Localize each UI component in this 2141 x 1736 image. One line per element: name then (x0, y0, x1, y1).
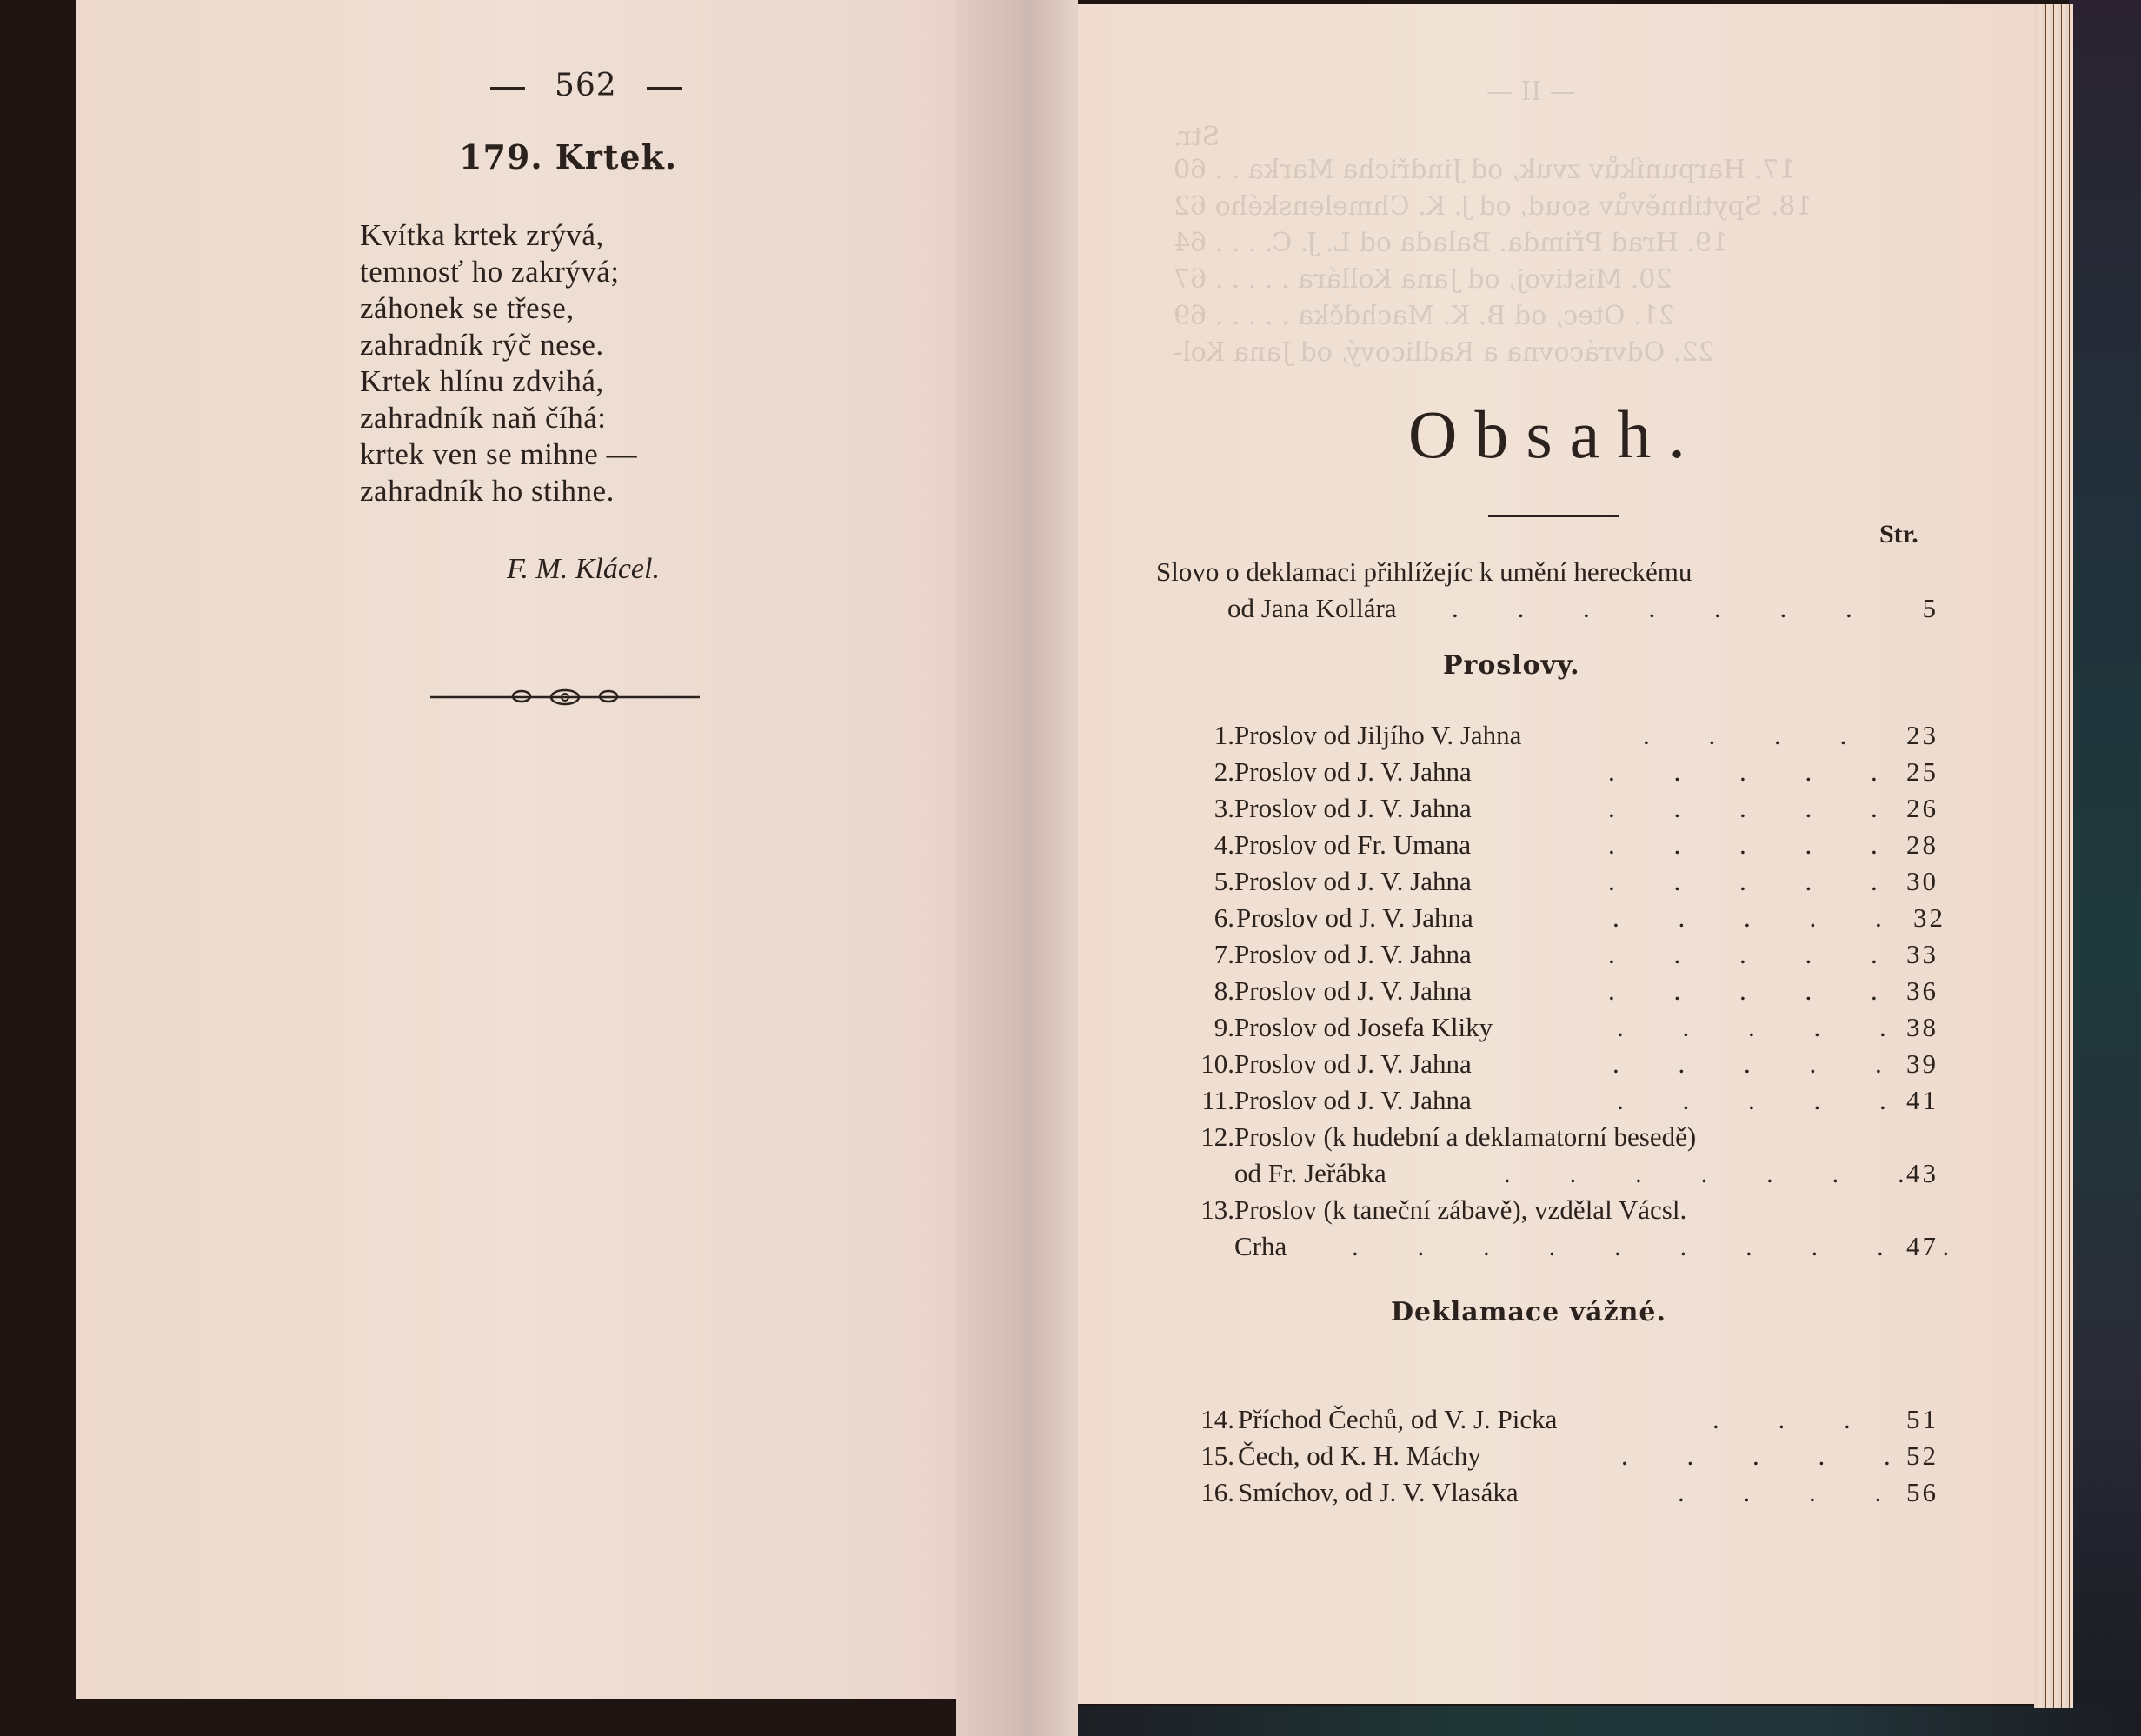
toc-page: 32 (1913, 902, 1945, 934)
poem-line: zahradník naň číhá: (360, 400, 637, 436)
toc-entry: 7. Proslov od J. V. Jahna . . . . . 33 (1156, 939, 1938, 975)
toc-text: Čech, od K. H. Máchy (1238, 1440, 1481, 1472)
toc-num: 11. (1201, 1085, 1234, 1116)
toc-text: Proslov od J. V. Jahna (1236, 902, 1473, 934)
toc-num: 1. (1214, 720, 1234, 751)
toc-num: 2. (1214, 756, 1234, 788)
toc-entry: 6. Proslov od J. V. Jahna . . . . . 32 (1156, 902, 1938, 939)
toc-page: 38 (1906, 1012, 1938, 1043)
toc-page: 39 (1906, 1048, 1938, 1080)
poem-line: Kvítka krtek zrývá, (360, 217, 637, 254)
toc-intro-text2: od Jana Kollára (1227, 593, 1397, 624)
toc-text: Proslov od Jiljího V. Jahna (1234, 720, 1521, 751)
leader-dots: . . . . . (1617, 1012, 1912, 1043)
leader-dots: . . . . . (1608, 793, 1904, 824)
bleed-through-line: 22. Odvrácovna a Radlicový, od Jana Kol- (1174, 337, 1714, 368)
toc-text: Crha (1234, 1231, 1287, 1262)
toc-text: od Fr. Jeřábka (1234, 1158, 1386, 1189)
bleed-through-line: 20. Mistivoj, od Jana Kollára . . . . . … (1174, 264, 1672, 295)
toc-num: 10. (1200, 1048, 1234, 1080)
toc-page: 30 (1906, 866, 1938, 897)
leader-dots: . . . . . (1608, 975, 1904, 1007)
toc-entry: 4. Proslov od Fr. Umana . . . . . 28 (1156, 829, 1938, 866)
toc-page: 33 (1906, 939, 1938, 970)
bleed-through-line: 17. Harpuníkův zvuk, od Jindřicha Marka … (1174, 155, 1796, 185)
toc-intro-text: Slovo o deklamaci přihlížejíc k umění he… (1156, 556, 1692, 588)
poem-line: temnosť ho zakrývá; (360, 254, 637, 290)
leader-dots: . . . . (1643, 720, 1872, 751)
toc-text: Proslov od J. V. Jahna (1234, 1048, 1472, 1080)
toc-entry: 13. Proslov (k taneční zábavě), vzdělal … (1156, 1194, 1938, 1231)
toc-entry: 5. Proslov od J. V. Jahna . . . . . 30 (1156, 866, 1938, 902)
ornament-divider-icon (430, 687, 700, 708)
toc-page: 41 (1906, 1085, 1938, 1116)
toc-page: 26 (1906, 793, 1938, 824)
toc-num: 8. (1214, 975, 1234, 1007)
toc-text: Příchod Čechů, od V. J. Picka (1238, 1404, 1557, 1435)
toc-page: 47 (1906, 1231, 1938, 1262)
page-number-value: 562 (555, 68, 617, 103)
leader-dots: . . . . . (1621, 1440, 1917, 1472)
toc-text: Proslov od J. V. Jahna (1234, 975, 1472, 1007)
toc-entry-continuation: Crha . . . . . . . . . . 47 (1156, 1231, 1938, 1267)
leader-dots: . . . . . (1608, 866, 1904, 897)
toc-text: Proslov od J. V. Jahna (1234, 866, 1472, 897)
poem-line: krtek ven se mihne — (360, 436, 637, 473)
dash-left (490, 87, 525, 90)
section-heading: Deklamace vážné. (1391, 1297, 1666, 1327)
section-heading: Proslovy. (1443, 650, 1580, 681)
toc-num: 13. (1200, 1194, 1234, 1226)
toc-entry: 10. Proslov od J. V. Jahna . . . . . 39 (1156, 1048, 1938, 1085)
toc-page: 56 (1906, 1477, 1938, 1508)
toc-page: 51 (1906, 1404, 1938, 1435)
toc-num: 9. (1214, 1012, 1234, 1043)
page-edges (2034, 4, 2073, 1708)
toc-entry: 12. Proslov (k hudební a deklamatorní be… (1156, 1121, 1938, 1158)
toc-num: 16. (1200, 1477, 1234, 1508)
toc-entry: 2. Proslov od J. V. Jahna . . . . . 25 (1156, 756, 1938, 793)
toc-num: 6. (1214, 902, 1234, 934)
bleed-through-header: — II — (1486, 76, 1576, 107)
toc-text: Smíchov, od J. V. Vlasáka (1238, 1477, 1519, 1508)
toc-num: 3. (1214, 793, 1234, 824)
toc-num: 7. (1214, 939, 1234, 970)
toc-page: 23 (1906, 720, 1938, 751)
leader-dots: . . . . . (1612, 1048, 1908, 1080)
poem-line: zahradník rýč nese. (360, 327, 637, 363)
leader-dots: . . . . . (1617, 1085, 1912, 1116)
toc-entry: 3. Proslov od J. V. Jahna . . . . . 26 (1156, 793, 1938, 829)
toc-text: Proslov od J. V. Jahna (1234, 756, 1472, 788)
leader-dots: . . . . . . . . . . (1352, 1231, 1975, 1262)
toc-page: 52 (1906, 1440, 1938, 1472)
toc-title: Obsah. (1408, 396, 1703, 474)
toc-num: 14. (1200, 1404, 1234, 1435)
toc-num: 4. (1214, 829, 1234, 861)
poem-author: F. M. Klácel. (507, 553, 660, 586)
leader-dots: . . . (1712, 1404, 1877, 1435)
poem-body: Kvítka krtek zrývá, temnosť ho zakrývá; … (360, 217, 637, 509)
leader-dots: . . . . . . . (1504, 1158, 1931, 1189)
toc-entry: od Jana Kollára . . . . . . . 5 (1156, 593, 1938, 629)
toc-text: Proslov od J. V. Jahna (1234, 793, 1472, 824)
toc-text: Proslov od Fr. Umana (1234, 829, 1471, 861)
toc-page: 28 (1906, 829, 1938, 861)
toc-text: Proslov od Josefa Kliky (1234, 1012, 1493, 1043)
toc-entry: 1. Proslov od Jiljího V. Jahna . . . . 2… (1156, 720, 1938, 756)
leader-dots: . . . . . (1612, 902, 1908, 934)
poem-title: 179. Krtek. (459, 137, 677, 176)
toc-text: Proslov (k taneční zábavě), vzdělal Vács… (1234, 1194, 1686, 1226)
toc-entry-continuation: od Fr. Jeřábka . . . . . . . 43 (1156, 1158, 1938, 1194)
page-number: 562 (461, 68, 711, 103)
poem-line: Krtek hlínu zdvihá, (360, 363, 637, 400)
toc-num: 15. (1200, 1440, 1234, 1472)
bleed-through-line: 19. Hrad Přimda. Balada od L. J. C. . . … (1174, 228, 1728, 258)
book-cover-bottom (1000, 1706, 2141, 1736)
toc-entry: 11. Proslov od J. V. Jahna . . . . . 41 (1156, 1085, 1938, 1121)
book-gutter (956, 0, 1078, 1736)
toc-text: Proslov od J. V. Jahna (1234, 1085, 1472, 1116)
toc-entry: 14. Příchod Čechů, od V. J. Picka . . . … (1156, 1404, 1938, 1440)
toc-page: 25 (1906, 756, 1938, 788)
toc-text: Proslov od J. V. Jahna (1234, 939, 1472, 970)
bleed-through-line: Str. (1174, 122, 1220, 152)
toc-entry: 8. Proslov od J. V. Jahna . . . . . 36 (1156, 975, 1938, 1012)
toc-page: 5 (1923, 593, 1939, 624)
leader-dots: . . . . . (1608, 756, 1904, 788)
toc-entry: 9. Proslov od Josefa Kliky . . . . . 38 (1156, 1012, 1938, 1048)
toc-page: 36 (1906, 975, 1938, 1007)
leader-dots: . . . . . . . (1452, 593, 1878, 624)
toc-page: 43 (1906, 1158, 1938, 1189)
title-rule (1488, 515, 1619, 517)
toc-entry: 15. Čech, od K. H. Máchy . . . . . 52 (1156, 1440, 1938, 1477)
bleed-through-line: 21. Otec, od B. K. Machdčka . . . . . 69 (1174, 301, 1675, 331)
leader-dots: . . . . . (1608, 829, 1904, 861)
poem-line: zahradník ho stihne. (360, 473, 637, 509)
dash-right (647, 87, 682, 90)
book-cover-right (2069, 0, 2141, 1736)
page-column-label: Str. (1879, 520, 1918, 549)
toc-num: 5. (1214, 866, 1234, 897)
bleed-through-line: 18. Spytihněvův soud, od J. K. Chmelensk… (1174, 191, 1812, 222)
toc-intro-line1: Slovo o deklamaci přihlížejíc k umění he… (1156, 556, 1938, 593)
leader-dots: . . . . . (1608, 939, 1904, 970)
toc-entry: 16. Smíchov, od J. V. Vlasáka . . . . 56 (1156, 1477, 1938, 1513)
poem-line: záhonek se třese, (360, 290, 637, 327)
toc-num: 12. (1200, 1121, 1234, 1153)
toc-text: Proslov (k hudební a deklamatorní besedě… (1234, 1121, 1696, 1153)
leader-dots: . . . . (1678, 1477, 1907, 1508)
